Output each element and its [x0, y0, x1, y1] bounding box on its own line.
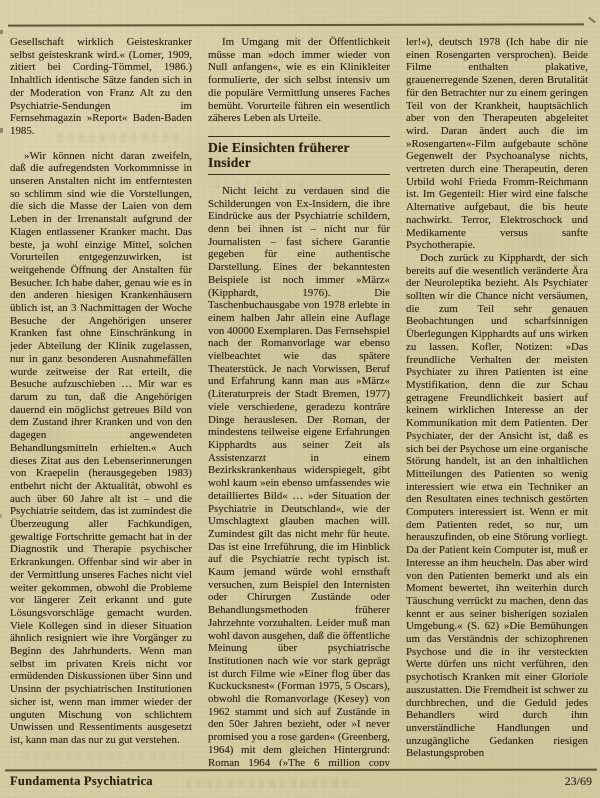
scan-artifact-top-right: [588, 17, 596, 24]
scanned-journal-page: Gesellschaft wirklich Geisteskranker sel…: [0, 0, 600, 798]
section-heading: Die Einsichten früherer Insider: [208, 140, 390, 170]
text-columns: Gesellschaft wirklich Geisteskranker sel…: [10, 36, 590, 766]
column-right: ler!«), deutsch 1978 (Ich habe dir nie e…: [406, 36, 588, 766]
body-paragraph-kipphardt: Doch zurück zu Kipphardt, der sich berei…: [406, 252, 588, 760]
footer-divider-rule: [5, 769, 597, 772]
scan-artifact-left-edge: [0, 514, 2, 518]
footer: Fundamenta Psychiatrica 23/69: [10, 774, 592, 789]
column-left: Gesellschaft wirklich Geisteskranker sel…: [10, 36, 192, 766]
body-paragraph: Gesellschaft wirklich Geisteskranker sel…: [10, 36, 192, 138]
body-paragraph-quote-kraepelin: »Wir können nicht daran zweifeln, daß di…: [10, 150, 192, 747]
journal-title: Fundamenta Psychiatrica: [10, 774, 153, 789]
scan-artifact-left-edge: [0, 128, 3, 133]
column-middle: Im Umgang mit der Öffentlichkeit müsse m…: [208, 36, 390, 766]
scan-artifact-left-edge: [0, 30, 3, 34]
body-paragraph-maerz: Nicht leicht zu verdauen sind die Schild…: [208, 185, 390, 766]
section-heading-box: Die Einsichten früherer Insider: [208, 136, 390, 175]
body-paragraph-films: ler!«), deutsch 1978 (Ich habe dir nie e…: [406, 36, 588, 252]
body-paragraph-intro: Im Umgang mit der Öffentlichkeit müsse m…: [208, 36, 390, 125]
page-number: 23/69: [565, 774, 592, 789]
top-divider-rule: [8, 23, 584, 26]
